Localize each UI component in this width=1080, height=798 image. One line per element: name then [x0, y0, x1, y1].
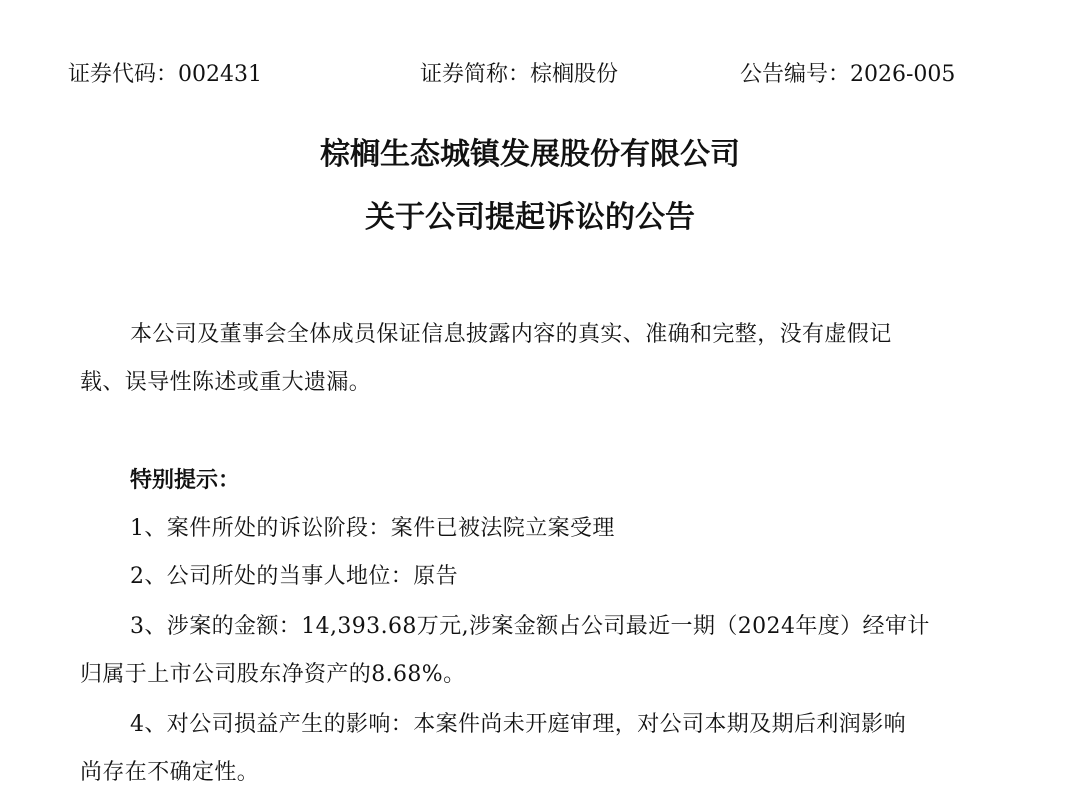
stock-abbreviation: 证券简称：棕榈股份 — [420, 58, 618, 92]
announcement-header: 证券代码：002431 证券简称：棕榈股份 公告编号：2026-005 — [0, 58, 1080, 92]
notice-item-litigation-stage: 1、案件所处的诉讼阶段：案件已被法院立案受理 — [80, 505, 990, 553]
board-statement: 本公司及董事会全体成员保证信息披露内容的真实、准确和完整，没有虚假记 载、误导性… — [80, 311, 990, 407]
announcement-number: 公告编号：2026-005 — [740, 58, 955, 92]
statement-line-1: 本公司及董事会全体成员保证信息披露内容的真实、准确和完整，没有虚假记 — [80, 311, 990, 359]
announcement-page: 证券代码：002431 证券简称：棕榈股份 公告编号：2026-005 棕榈生态… — [0, 0, 1080, 798]
notice-item-line: 3、涉案的金额：14,393.68万元,涉案金额占公司最近一期（2024年度）经… — [80, 603, 990, 651]
announcement-subject-title: 关于公司提起诉讼的公告 — [0, 198, 1070, 238]
statement-line-2: 载、误导性陈述或重大遗漏。 — [80, 359, 990, 407]
notice-item-party-status: 2、公司所处的当事人地位：原告 — [80, 553, 990, 601]
notice-item-line-continued: 归属于上市公司股东净资产的8.68%。 — [80, 651, 990, 699]
notice-item-profit-impact: 4、对公司损益产生的影响：本案件尚未开庭审理，对公司本期及期后利润影响 尚存在不… — [80, 701, 990, 797]
notice-item-line: 4、对公司损益产生的影响：本案件尚未开庭审理，对公司本期及期后利润影响 — [80, 701, 990, 749]
notice-item-line: 2、公司所处的当事人地位：原告 — [80, 553, 990, 601]
stock-code: 证券代码：002431 — [68, 58, 262, 92]
company-name-title: 棕榈生态城镇发展股份有限公司 — [0, 135, 1070, 175]
notice-item-line-continued: 尚存在不确定性。 — [80, 749, 990, 797]
special-notice-heading: 特别提示： — [130, 457, 240, 505]
notice-item-amount: 3、涉案的金额：14,393.68万元,涉案金额占公司最近一期（2024年度）经… — [80, 603, 990, 699]
notice-item-line: 1、案件所处的诉讼阶段：案件已被法院立案受理 — [80, 505, 990, 553]
